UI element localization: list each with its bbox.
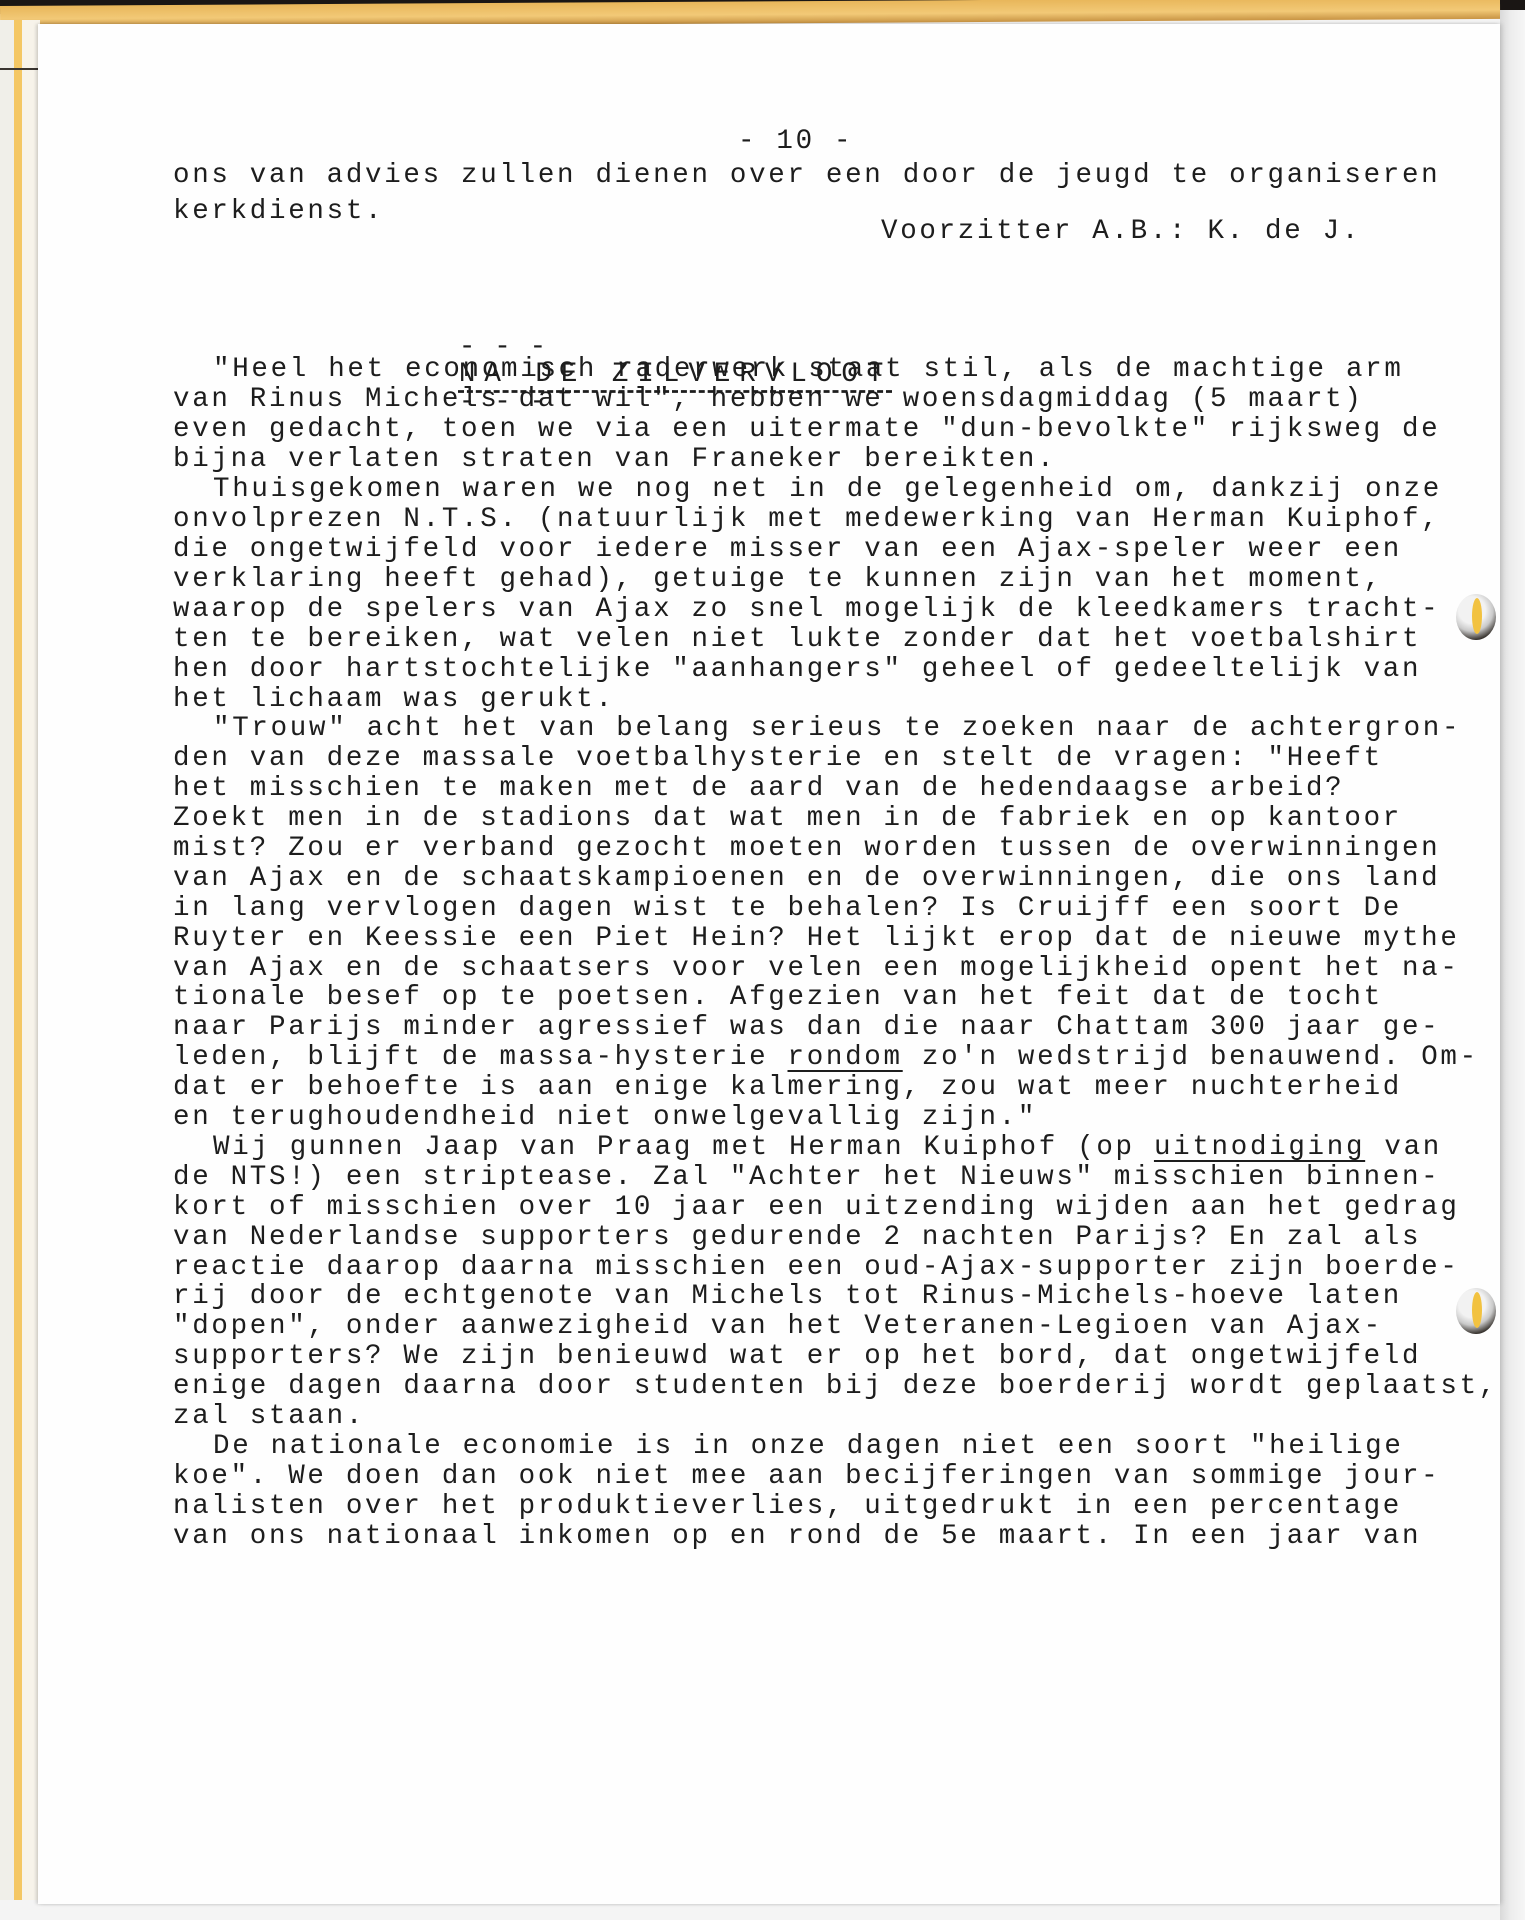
article-line: Thuisgekomen waren we nog net in de gele… <box>173 476 1442 504</box>
underlined-word: uitnodiging <box>1154 1132 1365 1163</box>
article-line: mist? Zou er verband gezocht moeten word… <box>173 835 1440 863</box>
article-line: Zoekt men in de stadions dat wat men in … <box>173 805 1402 833</box>
article-line: hen door hartstochtelijke "aanhangers" g… <box>173 656 1421 684</box>
article-line: van Rinus Michels dat wil", hebben we wo… <box>173 386 1364 414</box>
article-line: waarop de spelers van Ajax zo snel mogel… <box>173 596 1440 624</box>
article-line: en terughoudendheid niet onwelgevallig z… <box>173 1104 1037 1132</box>
article-line: zal staan. <box>173 1403 365 1431</box>
article-line: reactie daarop daarna misschien een oud-… <box>173 1254 1460 1282</box>
page-right-margin-shadow <box>1500 10 1525 1920</box>
underlying-sheet-left-edge <box>0 20 40 1900</box>
article-line: rij door de echtgenote van Michels tot R… <box>173 1283 1402 1311</box>
article-line: even gedacht, toen we via een uitermate … <box>173 416 1440 444</box>
article-line: verklaring heeft gehad), getuige te kunn… <box>173 566 1383 594</box>
article-line: enige dagen daarna door studenten bij de… <box>173 1373 1498 1401</box>
article-line: kort of misschien over 10 jaar een uitze… <box>173 1194 1460 1222</box>
article-line: van Ajax en de schaatskampioenen en de o… <box>173 865 1440 893</box>
article-line: Ruyter en Keessie een Piet Hein? Het lij… <box>173 925 1460 953</box>
article-line: nalisten over het produktieverlies, uitg… <box>173 1493 1402 1521</box>
article-line: dat er behoefte is aan enige kalmering, … <box>173 1074 1402 1102</box>
article-line: "dopen", onder aanwezigheid van het Vete… <box>173 1313 1383 1341</box>
article-line: het misschien te maken met de aard van d… <box>173 775 1344 803</box>
article-line: het lichaam was gerukt. <box>173 686 615 714</box>
article-line: "Heel het economisch raderwerk staat sti… <box>173 356 1404 384</box>
article-line: van Nederlandse supporters gedurende 2 n… <box>173 1224 1421 1252</box>
article-line: naar Parijs minder agressief was dan die… <box>173 1014 1440 1042</box>
article-line: ten te bereiken, wat velen niet lukte zo… <box>173 626 1421 654</box>
article-line: in lang vervlogen dagen wist te behalen?… <box>173 895 1402 923</box>
article-line: "Trouw" acht het van belang serieus te z… <box>173 715 1461 743</box>
article-line: koe". We doen dan ook niet mee aan becij… <box>173 1463 1440 1491</box>
signature: Voorzitter A.B.: K. de J. <box>881 218 1361 246</box>
article-line: die ongetwijfeld voor iedere misser van … <box>173 536 1402 564</box>
underlined-word: rondom <box>788 1042 903 1073</box>
carryover-line-2: kerkdienst. <box>173 198 384 226</box>
article-line: onvolprezen N.T.S. (natuurlijk met medew… <box>173 506 1440 534</box>
article-line: van Ajax en de schaatsers voor velen een… <box>173 955 1460 983</box>
article-line: van ons nationaal inkomen op en rond de … <box>173 1523 1421 1551</box>
article-line: Wij gunnen Jaap van Praag met Herman Kui… <box>173 1134 1442 1162</box>
article-line: leden, blijft de massa-hysterie rondom z… <box>173 1044 1479 1072</box>
article-line: supporters? We zijn benieuwd wat er op h… <box>173 1343 1421 1371</box>
page-number: - 10 - <box>738 128 853 156</box>
binder-ring-hole-icon <box>1456 1288 1496 1334</box>
article-line: De nationale economie is in onze dagen n… <box>173 1433 1404 1461</box>
article-line: den van deze massale voetbalhysterie en … <box>173 745 1383 773</box>
document-page: - 10 - ons van advies zullen dienen over… <box>38 24 1500 1904</box>
binder-ring-hole-icon <box>1456 594 1496 640</box>
article-line: bijna verlaten straten van Franeker bere… <box>173 446 1056 474</box>
carryover-line-1: ons van advies zullen dienen over een do… <box>173 162 1440 190</box>
article-line: de NTS!) een striptease. Zal "Achter het… <box>173 1164 1440 1192</box>
article-line: tionale besef op te poetsen. Afgezien va… <box>173 984 1383 1012</box>
